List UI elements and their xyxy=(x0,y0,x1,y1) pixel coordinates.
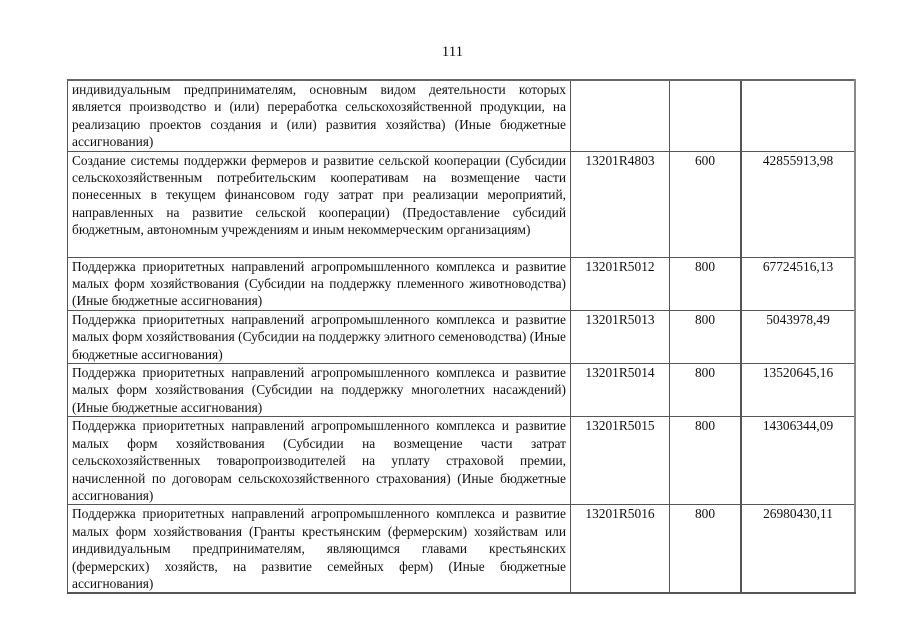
table-row: Поддержка приоритетных направлений агроп… xyxy=(68,505,856,594)
row-amount xyxy=(741,80,855,151)
row-description: Создание системы поддержки фермеров и ра… xyxy=(68,151,571,257)
row-target-code: 13201R4803 xyxy=(571,151,670,257)
table-row: Поддержка приоритетных направлений агроп… xyxy=(68,417,856,505)
row-amount: 42855913,98 xyxy=(741,151,855,257)
row-target-code: 13201R5013 xyxy=(571,310,670,363)
row-expense-type: 800 xyxy=(670,417,742,505)
row-description: Поддержка приоритетных направлений агроп… xyxy=(68,505,571,594)
table-row: индивидуальным предпринимателям, основны… xyxy=(68,80,856,151)
table-row: Поддержка приоритетных направлений агроп… xyxy=(68,257,856,310)
row-description: Поддержка приоритетных направлений агроп… xyxy=(68,417,571,505)
row-amount: 14306344,09 xyxy=(741,417,855,505)
row-expense-type: 800 xyxy=(670,257,742,310)
row-amount: 13520645,16 xyxy=(741,364,855,417)
budget-table: индивидуальным предпринимателям, основны… xyxy=(67,79,856,594)
row-expense-type: 600 xyxy=(670,151,742,257)
row-description: Поддержка приоритетных направлений агроп… xyxy=(68,257,571,310)
row-expense-type xyxy=(670,80,742,151)
row-description: Поддержка приоритетных направлений агроп… xyxy=(68,364,571,417)
row-target-code xyxy=(571,80,670,151)
row-expense-type: 800 xyxy=(670,505,742,594)
row-target-code: 13201R5014 xyxy=(571,364,670,417)
table-row: Поддержка приоритетных направлений агроп… xyxy=(68,310,856,363)
row-amount: 26980430,11 xyxy=(741,505,855,594)
row-expense-type: 800 xyxy=(670,310,742,363)
row-amount: 67724516,13 xyxy=(741,257,855,310)
row-amount: 5043978,49 xyxy=(741,310,855,363)
row-expense-type: 800 xyxy=(670,364,742,417)
table-row: Создание системы поддержки фермеров и ра… xyxy=(68,151,856,257)
row-target-code: 13201R5016 xyxy=(571,505,670,594)
row-target-code: 13201R5012 xyxy=(571,257,670,310)
page-number: 111 xyxy=(0,44,905,61)
row-description: Поддержка приоритетных направлений агроп… xyxy=(68,310,571,363)
row-description: индивидуальным предпринимателям, основны… xyxy=(68,80,571,151)
row-target-code: 13201R5015 xyxy=(571,417,670,505)
table-row: Поддержка приоритетных направлений агроп… xyxy=(68,364,856,417)
